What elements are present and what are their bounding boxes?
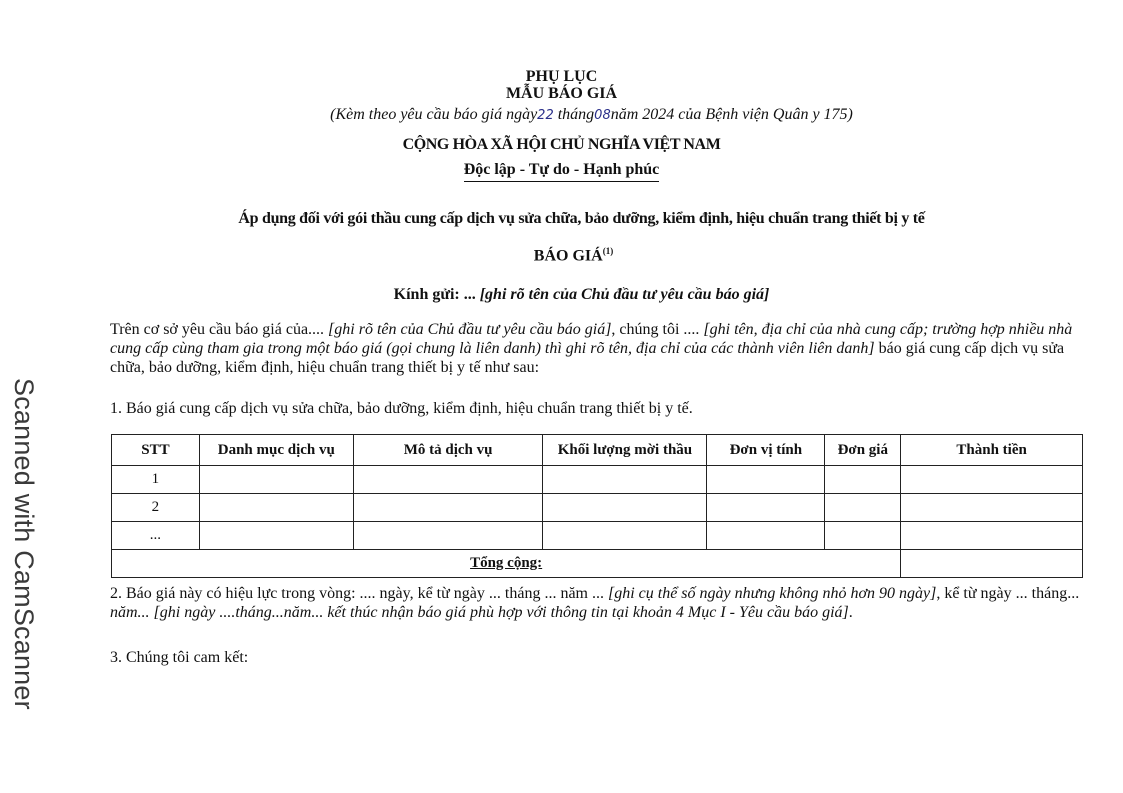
form-subtitle: (Kèm theo yêu cầu báo giá ngày22 tháng08… [30, 106, 1123, 124]
table-total-row: Tổng cộng: [112, 550, 1083, 578]
addressee-line: Kính gửi: ... [ghi rõ tên của Chủ đầu tư… [20, 286, 1123, 304]
section-3-heading: 3. Chúng tôi cam kết: [110, 648, 1090, 667]
national-motto: Độc lập - Tự do - Hạnh phúc [0, 161, 1123, 182]
col-header-amount: Thành tiền [901, 435, 1083, 466]
subtitle-suffix: năm 2024 của Bệnh viện Quân y 175) [611, 106, 853, 123]
table-cell [825, 494, 901, 522]
table-cell [353, 494, 543, 522]
table-cell [543, 522, 707, 550]
table-cell [353, 466, 543, 494]
scope-statement: Áp dụng đối với gói thầu cung cấp dịch v… [20, 210, 1123, 228]
footnote-marker: (1) [603, 246, 614, 256]
camscanner-watermark: Scanned with CamScanner [8, 378, 39, 710]
intro-text-1: Trên cơ sở yêu cầu báo giá của.... [110, 321, 328, 338]
table-cell [199, 522, 353, 550]
row-number-cell: ... [112, 522, 200, 550]
col-header-unit: Đơn vị tính [707, 435, 825, 466]
col-header-unit-price: Đơn giá [825, 435, 901, 466]
intro-text-2: , chúng tôi .... [611, 321, 703, 338]
table-cell [825, 466, 901, 494]
handwritten-day: 22 [537, 108, 554, 123]
quote-title: BÁO GIÁ(1) [12, 246, 1123, 265]
col-header-quantity: Khối lượng mời thầu [543, 435, 707, 466]
addressee-hint: [ghi rõ tên của Chủ đầu tư yêu cầu báo g… [480, 286, 770, 303]
table-cell [901, 494, 1083, 522]
intro-hint-1: [ghi rõ tên của Chủ đầu tư yêu cầu báo g… [328, 321, 611, 338]
table-cell [707, 466, 825, 494]
total-label: Tổng cộng: [470, 555, 542, 571]
table-cell [901, 522, 1083, 550]
country-name: CỘNG HÒA XÃ HỘI CHỦ NGHĨA VIỆT NAM [0, 136, 1123, 154]
table-cell [707, 494, 825, 522]
table-row: ... [112, 522, 1083, 550]
row-number-cell: 2 [112, 494, 200, 522]
table-header-row: STT Danh mục dịch vụ Mô tả dịch vụ Khối … [112, 435, 1083, 466]
col-header-stt: STT [112, 435, 200, 466]
motto-text: Độc lập - Tự do - Hạnh phúc [464, 161, 660, 182]
validity-text-3: . [849, 604, 853, 621]
total-value-cell [901, 550, 1083, 578]
section-2-paragraph: 2. Báo giá này có hiệu lực trong vòng: .… [110, 584, 1090, 622]
form-title: MẪU BÁO GIÁ [0, 85, 1123, 103]
total-label-cell: Tổng cộng: [112, 550, 901, 578]
subtitle-mid: tháng [554, 106, 594, 123]
appendix-heading: PHỤ LỤC [0, 68, 1123, 86]
quote-title-text: BÁO GIÁ [534, 247, 603, 264]
table-row: 2 [112, 494, 1083, 522]
table-cell [353, 522, 543, 550]
validity-hint-1: [ghi cụ thể số ngày nhưng không nhỏ hơn … [608, 585, 936, 602]
validity-text-2: , kể từ ngày ... tháng... [936, 585, 1079, 602]
subtitle-prefix: (Kèm theo yêu cầu báo giá ngày [330, 106, 537, 123]
table-cell [901, 466, 1083, 494]
col-header-service-category: Danh mục dịch vụ [199, 435, 353, 466]
addressee-label: Kính gửi: ... [394, 286, 480, 303]
table-cell [199, 494, 353, 522]
validity-text-1: 2. Báo giá này có hiệu lực trong vòng: .… [110, 585, 608, 602]
validity-hint-2: năm... [ghi ngày ....tháng...năm... kết … [110, 604, 849, 621]
table-cell [543, 494, 707, 522]
intro-paragraph: Trên cơ sở yêu cầu báo giá của.... [ghi … [110, 320, 1090, 377]
table-cell [707, 522, 825, 550]
table-row: 1 [112, 466, 1083, 494]
table-cell [825, 522, 901, 550]
handwritten-month: 08 [594, 108, 611, 123]
section-1-heading: 1. Báo giá cung cấp dịch vụ sửa chữa, bả… [110, 399, 1090, 418]
quote-table: STT Danh mục dịch vụ Mô tả dịch vụ Khối … [111, 434, 1083, 578]
col-header-service-description: Mô tả dịch vụ [353, 435, 543, 466]
table-cell [543, 466, 707, 494]
row-number-cell: 1 [112, 466, 200, 494]
table-cell [199, 466, 353, 494]
